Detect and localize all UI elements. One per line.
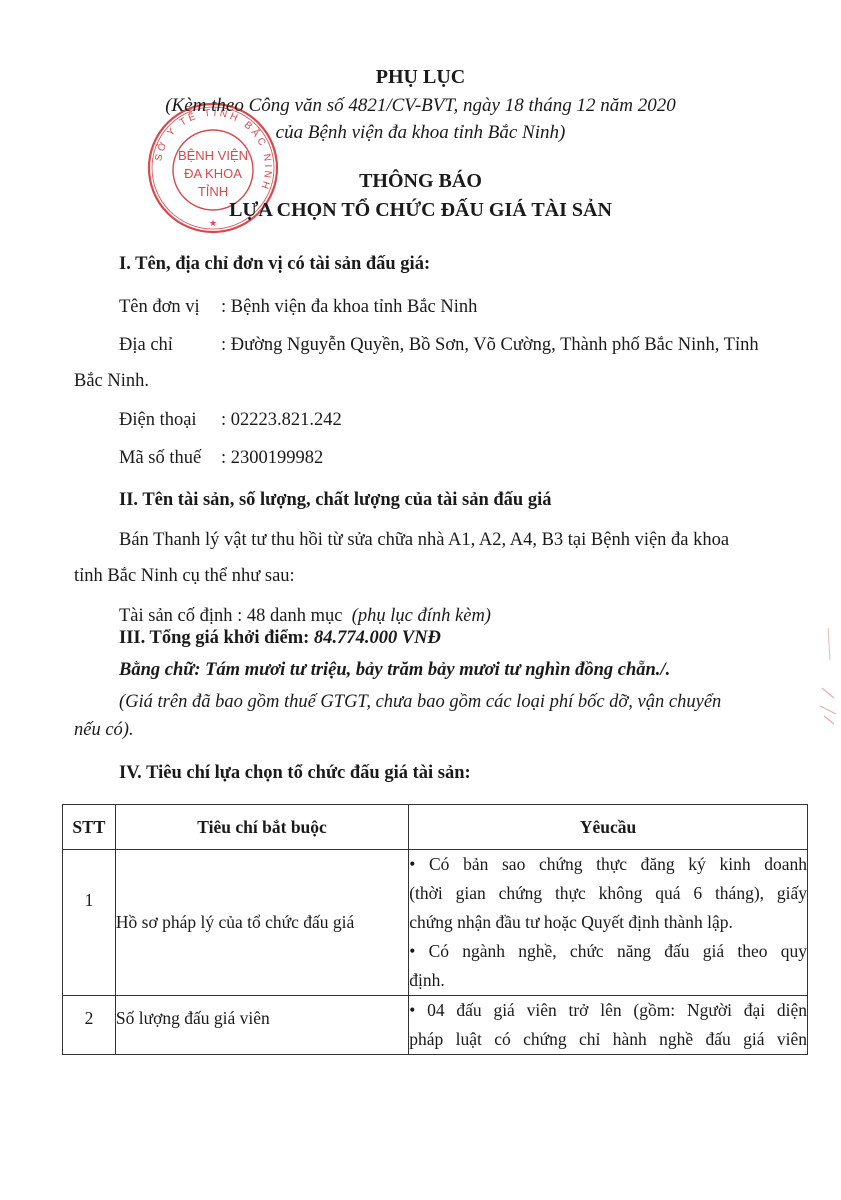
requirement-line: • 04 đấu giá viên trở lên (gồm: Người đạ… bbox=[409, 996, 807, 1025]
signature-mark bbox=[800, 620, 841, 740]
section-2-heading: II. Tên tài sản, số lượng, chất lượng củ… bbox=[119, 490, 551, 511]
appendix-issuer: của Bệnh viện đa khoa tỉnh Bắc Ninh) bbox=[0, 122, 841, 144]
requirement-line: (thời gian chứng thực không quá 6 tháng)… bbox=[409, 879, 807, 908]
fixed-assets-note: (phụ lục đính kèm) bbox=[352, 606, 491, 626]
price-in-words-value: Tám mươi tư triệu, bảy trăm bảy mươi tư … bbox=[205, 660, 670, 680]
price-note-line-2: nếu có). bbox=[74, 720, 134, 741]
starting-price-value: 84.774.000 VNĐ bbox=[314, 628, 441, 648]
unit-name-value: : Bệnh viện đa khoa tỉnh Bắc Ninh bbox=[221, 297, 477, 318]
requirement-line: • Có bản sao chứng thực đăng ký kinh doa… bbox=[409, 850, 807, 879]
address-label: Địa chỉ bbox=[119, 335, 173, 356]
section-4-heading: IV. Tiêu chí lựa chọn tổ chức đấu giá tà… bbox=[119, 763, 471, 784]
phone-label: Điện thoại bbox=[119, 410, 197, 431]
row-1-criterion: Hồ sơ pháp lý của tổ chức đấu giá bbox=[115, 850, 408, 996]
notice-subtitle: LỰA CHỌN TỔ CHỨC ĐẤU GIÁ TÀI SẢN bbox=[0, 199, 841, 222]
unit-name-label: Tên đơn vị bbox=[119, 297, 200, 318]
fixed-assets-line: Tài sản cố định : 48 danh mục (phụ lục đ… bbox=[119, 606, 491, 627]
tax-code-value: : 2300199982 bbox=[221, 448, 323, 469]
price-in-words-label: Bằng chữ: bbox=[119, 660, 205, 680]
notice-title: THÔNG BÁO bbox=[0, 170, 841, 193]
header-stt: STT bbox=[63, 805, 116, 850]
table-row: 2 Số lượng đấu giá viên • 04 đấu giá viê… bbox=[63, 996, 808, 1055]
table-row: 1 Hồ sơ pháp lý của tổ chức đấu giá • Có… bbox=[63, 850, 808, 996]
requirement-line: pháp luật có chứng chỉ hành nghề đấu giá… bbox=[409, 1025, 807, 1054]
row-2-stt: 2 bbox=[63, 996, 116, 1055]
price-in-words: Bằng chữ: Tám mươi tư triệu, bảy trăm bả… bbox=[119, 660, 670, 681]
appendix-title: PHỤ LỤC bbox=[0, 66, 841, 89]
section-1-heading: I. Tên, địa chỉ đơn vị có tài sản đấu gi… bbox=[119, 254, 430, 275]
criteria-table: STT Tiêu chí bắt buộc Yêucầu 1 Hồ sơ phá… bbox=[62, 804, 808, 1055]
fixed-assets-count: Tài sản cố định : 48 danh mục bbox=[119, 606, 343, 626]
starting-price-label: III. Tổng giá khởi điểm: bbox=[119, 628, 314, 648]
row-1-stt: 1 bbox=[63, 850, 116, 996]
table-header-row: STT Tiêu chí bắt buộc Yêucầu bbox=[63, 805, 808, 850]
row-2-criterion: Số lượng đấu giá viên bbox=[115, 996, 408, 1055]
requirement-line: chứng nhận đầu tư hoặc Quyết định thành … bbox=[409, 908, 807, 937]
tax-code-label: Mã số thuế bbox=[119, 448, 201, 469]
row-2-requirements: • 04 đấu giá viên trở lên (gồm: Người đạ… bbox=[409, 996, 808, 1055]
address-value: : Đường Nguyễn Quyền, Bồ Sơn, Võ Cường, … bbox=[221, 335, 759, 356]
price-note-line-1: (Giá trên đã bao gồm thuế GTGT, chưa bao… bbox=[119, 692, 721, 713]
requirement-line: • Có ngành nghề, chức năng đấu giá theo … bbox=[409, 937, 807, 966]
section-3-heading: III. Tổng giá khởi điểm: 84.774.000 VNĐ bbox=[119, 628, 441, 649]
requirement-line: định. bbox=[409, 966, 807, 995]
stamp-line-1: BỆNH VIỆN bbox=[178, 148, 248, 163]
address-value-cont: Bắc Ninh. bbox=[74, 371, 149, 392]
asset-description-line-2: tỉnh Bắc Ninh cụ thể như sau: bbox=[74, 566, 295, 587]
appendix-reference: (Kèm theo Công văn số 4821/CV-BVT, ngày … bbox=[0, 95, 841, 117]
row-1-requirements: • Có bản sao chứng thực đăng ký kinh doa… bbox=[409, 850, 808, 996]
header-requirement: Yêucầu bbox=[409, 805, 808, 850]
asset-description-line-1: Bán Thanh lý vật tư thu hồi từ sửa chữa … bbox=[119, 530, 729, 551]
phone-value: : 02223.821.242 bbox=[221, 410, 342, 431]
header-criterion: Tiêu chí bắt buộc bbox=[115, 805, 408, 850]
